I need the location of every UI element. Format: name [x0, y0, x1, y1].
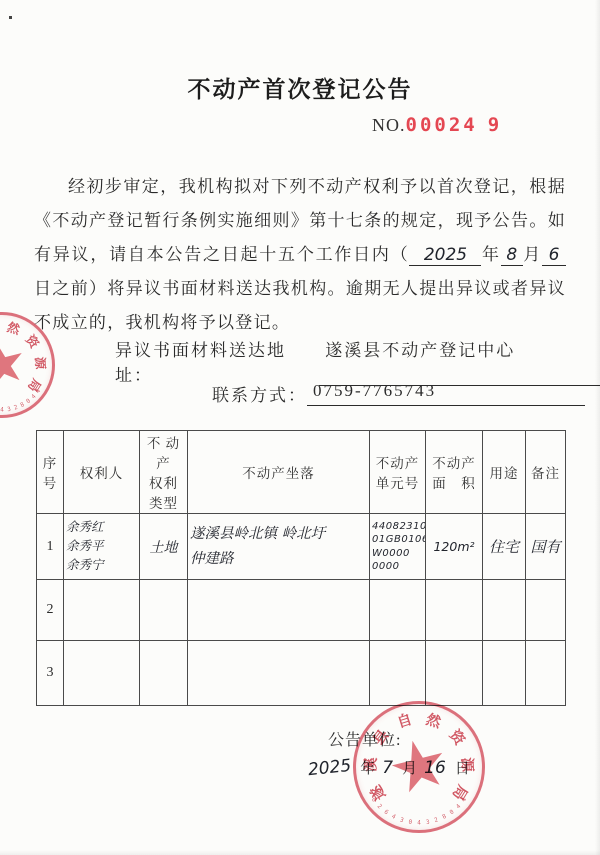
cell-unit-no — [370, 641, 426, 706]
table-row: 1 余秀红 余秀平 余秀宁 土地 遂溪县岭北镇 岭北圩 仲建路 44082310… — [37, 514, 566, 580]
footer-day-suffix: 日 — [455, 757, 470, 778]
cell-location: 遂溪县岭北镇 岭北圩 仲建路 — [188, 514, 370, 580]
announcement-date: 2025 年 7 月 16 日 — [308, 757, 477, 778]
registration-number: NO.000249 — [372, 114, 502, 136]
month-suffix: 月 — [523, 245, 542, 264]
footer-month-suffix: 月 — [402, 757, 417, 778]
cell-location — [188, 641, 370, 706]
month-blank-field: 8 — [501, 245, 523, 266]
col-header-remark: 备注 — [526, 431, 566, 514]
cell-remark: 国有 — [526, 514, 566, 580]
col-header-holder: 权利人 — [64, 431, 140, 514]
handwritten-month: 8 — [506, 245, 517, 265]
cell-seq: 3 — [37, 641, 64, 706]
contact-label: 联系方式： — [212, 381, 307, 406]
cell-unit-no — [370, 580, 426, 641]
col-header-right-type: 不 动 产 权利类型 — [140, 431, 188, 514]
year-blank-field: 2025 — [409, 245, 481, 266]
handwritten-footer-month: 7 — [382, 758, 393, 778]
cell-location — [188, 580, 370, 641]
address-line: 异议书面材料送达地址：遂溪县不动产登记中心 — [115, 336, 600, 386]
cell-area — [426, 580, 483, 641]
no-suffix-digit: 9 — [488, 114, 502, 136]
cell-usage — [483, 641, 526, 706]
table-row: 2 — [37, 580, 566, 641]
announcing-unit-label: 公告单位: — [328, 727, 401, 750]
cell-holder — [64, 580, 140, 641]
col-header-location: 不动产坐落 — [188, 431, 370, 514]
cell-right-type: 土地 — [140, 514, 188, 580]
col-header-usage: 用途 — [483, 431, 526, 514]
col-header-unit-no: 不动产 单元号 — [370, 431, 426, 514]
scan-speck — [9, 16, 12, 19]
day-blank-field: 6 — [542, 245, 566, 266]
announcement-paragraph: 经初步审定，我机构拟对下列不动产权利予以首次登记，根据《不动产登记暂行条例实施细… — [34, 170, 566, 340]
address-value: 遂溪县不动产登记中心 — [319, 336, 600, 386]
cell-usage: 住宅 — [483, 514, 526, 580]
col-header-seq: 序号 — [37, 431, 64, 514]
col-header-area: 不动产 面 积 — [426, 431, 483, 514]
table-header-row: 序号 权利人 不 动 产 权利类型 不动产坐落 不动产 单元号 不动产 面 积 … — [37, 431, 566, 514]
table-row: 3 — [37, 641, 566, 706]
contact-line: 联系方式：0759-7765743 — [212, 381, 585, 406]
scan-edge-bottom — [0, 850, 600, 855]
scan-edge-right — [595, 0, 600, 855]
handwritten-year: 2025 — [424, 245, 467, 265]
footer-year-suffix: 年 — [360, 757, 375, 778]
paragraph-text-end: 日之前）将异议书面材料送达我机构。逾期无人提出异议或者异议不成立的，我机构将予以… — [34, 279, 566, 332]
page-title: 不动产首次登记公告 — [0, 71, 600, 104]
cell-seq: 1 — [37, 514, 64, 580]
seal-star-icon — [0, 337, 30, 393]
handwritten-footer-day: 16 — [424, 758, 446, 778]
cell-seq: 2 — [37, 580, 64, 641]
cell-holder — [64, 641, 140, 706]
address-label: 异议书面材料送达地址： — [115, 336, 319, 386]
handwritten-footer-year: 2025 — [307, 756, 352, 780]
announcement-table: 序号 权利人 不 动 产 权利类型 不动产坐落 不动产 单元号 不动产 面 积 … — [36, 430, 566, 706]
cell-remark — [526, 641, 566, 706]
cell-right-type — [140, 641, 188, 706]
contact-value: 0759-7765743 — [307, 381, 585, 406]
handwritten-day: 6 — [549, 245, 560, 265]
cell-holder: 余秀红 余秀平 余秀宁 — [64, 514, 140, 580]
cell-unit-no: 4408231042 01GB01060 W0000 0000 — [370, 514, 426, 580]
cell-area: 120m² — [426, 514, 483, 580]
scanned-announcement-page: 不动产首次登记公告 NO.000249 经初步审定，我机构拟对下列不动产权利予以… — [0, 0, 600, 855]
cell-right-type — [140, 580, 188, 641]
cell-area — [426, 641, 483, 706]
cell-remark — [526, 580, 566, 641]
no-label: NO. — [372, 115, 406, 135]
no-main-digits: 00024 — [406, 114, 478, 136]
cell-usage — [483, 580, 526, 641]
year-suffix: 年 — [481, 245, 500, 264]
